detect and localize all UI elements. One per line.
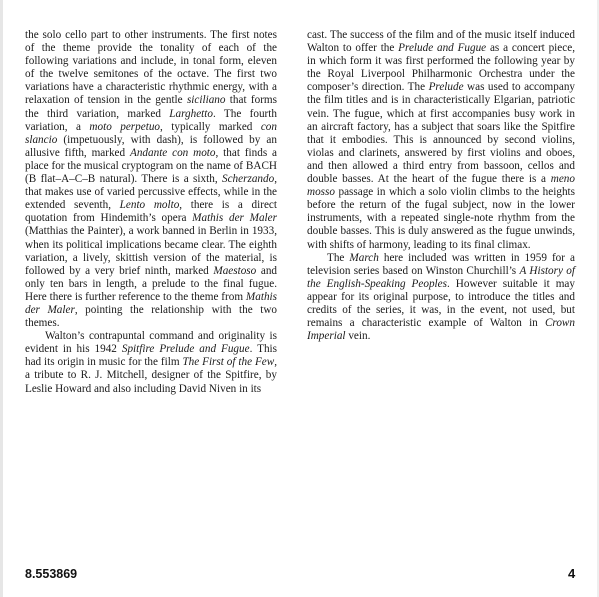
italic-title: The First of the Few [182,356,274,368]
page-edge-left [0,0,3,597]
text-run: , typically marked [160,121,261,133]
text-column-left: the solo cello part to other instruments… [25,29,277,396]
paragraph: Walton’s contrapuntal command and origin… [25,330,277,395]
paragraph: The March here included was written in 1… [307,252,575,344]
paragraph: cast. The success of the film and of the… [307,29,575,252]
italic-title: Prelude [429,81,464,93]
text-run: passage in which a solo violin climbs to… [307,186,575,250]
paragraph: the solo cello part to other instruments… [25,29,277,330]
italic-title: Maestoso [213,265,256,277]
page-number: 4 [568,566,575,581]
text-run: The [327,252,349,264]
text-column-right: cast. The success of the film and of the… [307,29,575,343]
italic-title: Mathis der Maler [192,212,277,224]
italic-title: Larghetto [169,108,213,120]
catalog-number: 8.553869 [25,567,77,581]
italic-title: Prelude and Fugue [398,42,486,54]
italic-title: Andante con moto [130,147,216,159]
text-run: vein. [346,330,371,342]
italic-title: moto perpetuo [89,121,160,133]
italic-title: siciliano [187,94,226,106]
italic-title: Spitfire Prelude and Fugue [122,343,250,355]
italic-title: Scherzando [222,173,274,185]
text-run: was used to accompany the film titles an… [307,81,575,185]
italic-title: March [349,252,378,264]
italic-title: Lento molto [120,199,180,211]
